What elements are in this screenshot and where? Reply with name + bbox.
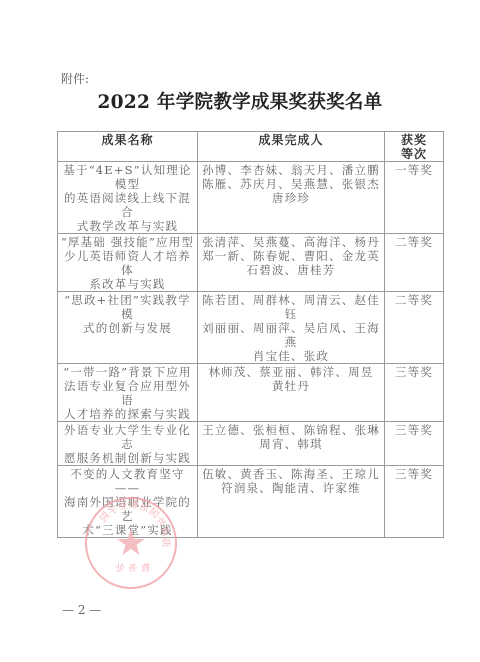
people-line: 唐珍珍: [200, 191, 382, 205]
name-line: 的英语阅读线上线下混合: [60, 191, 195, 219]
header-award-line-1: 获奖: [387, 133, 441, 147]
completers-cell: 孙博、李杏妹、翁天月、潘立鹏 陈雁、苏庆月、吴燕慧、张银杰 唐珍珍: [198, 162, 385, 234]
achievement-name-cell: “思政+社团”实践教学模 式的创新与发展: [58, 292, 198, 364]
people-line: 伍敏、黄香玉、陈海圣、王琼儿: [200, 467, 382, 481]
table-row: “一带一路”背景下应用 法语专业复合应用型外语 人才培养的探索与实践 林师茂、蔡…: [58, 364, 444, 422]
table-row: 外语专业大学生专业化志 愿服务机制创新与实践 王立德、张桓桓、陈锦程、张琳 周宵…: [58, 422, 444, 466]
completers-cell: 张清萍、吴燕蔓、高海洋、杨丹 郑一新、陈春妮、曹阳、金龙英 石碧波、唐桂芳: [198, 234, 385, 292]
people-line: 王立德、张桓桓、陈锦程、张琳: [200, 423, 382, 437]
achievement-name-cell: 基于“4E+S”认知理论模型 的英语阅读线上线下混合 式教学改革与实践: [58, 162, 198, 234]
award-level-cell: 三等奖: [385, 466, 444, 538]
people-line: 黄牡丹: [200, 379, 382, 393]
attachment-label: 附件:: [61, 70, 89, 87]
official-seal-star-icon: 海南外国语职业学院 教务处: [87, 499, 175, 587]
awards-table: 成果名称 成果完成人 获奖 等次 基于“4E+S”认知理论模型 的英语阅读线上线…: [57, 131, 444, 538]
name-line: “思政+社团”实践教学模: [60, 293, 195, 321]
award-level-cell: 三等奖: [385, 422, 444, 466]
name-line: “一带一路”背景下应用: [60, 365, 195, 379]
header-achievement-name: 成果名称: [58, 132, 198, 162]
name-line: 式教学改革与实践: [60, 219, 195, 233]
people-line: 张清萍、吴燕蔓、高海洋、杨丹: [200, 235, 382, 249]
name-line: 法语专业复合应用型外语: [60, 379, 195, 407]
people-line: 石碧波、唐桂芳: [200, 263, 382, 277]
seal-bottom-text: 教务处: [111, 562, 150, 574]
name-line: 系改革与实践: [60, 277, 195, 291]
people-line: 陈若团、周群林、周清云、赵佳钰: [200, 293, 382, 321]
award-level-cell: 二等奖: [385, 292, 444, 364]
document-title: 2022 年学院教学成果奖获奖名单: [0, 88, 480, 114]
people-line: 孙博、李杏妹、翁天月、潘立鹏: [200, 163, 382, 177]
achievement-name-cell: “厚基础 强技能”应用型 少儿英语师资人才培养体 系改革与实践: [58, 234, 198, 292]
completers-cell: 陈若团、周群林、周清云、赵佳钰 刘丽丽、周丽萍、吴启凤、王海燕 肖宝佳、张政: [198, 292, 385, 364]
people-line: 刘丽丽、周丽萍、吴启凤、王海燕: [200, 321, 382, 349]
table-header-row: 成果名称 成果完成人 获奖 等次: [58, 132, 444, 162]
table-row: “厚基础 强技能”应用型 少儿英语师资人才培养体 系改革与实践 张清萍、吴燕蔓、…: [58, 234, 444, 292]
header-award-line-2: 等次: [387, 147, 441, 161]
name-line: “厚基础 强技能”应用型: [60, 235, 195, 249]
people-line: 周宵、韩琪: [200, 437, 382, 451]
people-line: 郑一新、陈春妮、曹阳、金龙英: [200, 249, 382, 263]
completers-cell: 伍敏、黄香玉、陈海圣、王琼儿 符润泉、陶能清、许家维: [198, 466, 385, 538]
name-line: 基于“4E+S”认知理论模型: [60, 163, 195, 191]
page-number: — 2 —: [62, 603, 101, 617]
name-line: 外语专业大学生专业化志: [60, 423, 195, 451]
header-award-level: 获奖 等次: [385, 132, 444, 162]
completers-cell: 王立德、张桓桓、陈锦程、张琳 周宵、韩琪: [198, 422, 385, 466]
award-level-cell: 三等奖: [385, 364, 444, 422]
achievement-name-cell: “一带一路”背景下应用 法语专业复合应用型外语 人才培养的探索与实践: [58, 364, 198, 422]
table-row: “思政+社团”实践教学模 式的创新与发展 陈若团、周群林、周清云、赵佳钰 刘丽丽…: [58, 292, 444, 364]
header-completers: 成果完成人: [198, 132, 385, 162]
people-line: 肖宝佳、张政: [200, 349, 382, 363]
name-line: 不变的人文教育坚守——: [60, 467, 195, 495]
name-line: 人才培养的探索与实践: [60, 407, 195, 421]
people-line: 符润泉、陶能清、许家维: [200, 481, 382, 495]
people-line: 陈雁、苏庆月、吴燕慧、张银杰: [200, 177, 382, 191]
award-level-cell: 一等奖: [385, 162, 444, 234]
award-level-cell: 二等奖: [385, 234, 444, 292]
official-seal: 海南外国语职业学院 教务处: [85, 497, 177, 589]
name-line: 少儿英语师资人才培养体: [60, 249, 195, 277]
completers-cell: 林师茂、蔡亚丽、韩洋、周昱 黄牡丹: [198, 364, 385, 422]
people-line: 林师茂、蔡亚丽、韩洋、周昱: [200, 365, 382, 379]
achievement-name-cell: 外语专业大学生专业化志 愿服务机制创新与实践: [58, 422, 198, 466]
table-row: 基于“4E+S”认知理论模型 的英语阅读线上线下混合 式教学改革与实践 孙博、李…: [58, 162, 444, 234]
name-line: 式的创新与发展: [60, 321, 195, 335]
name-line: 愿服务机制创新与实践: [60, 451, 195, 465]
